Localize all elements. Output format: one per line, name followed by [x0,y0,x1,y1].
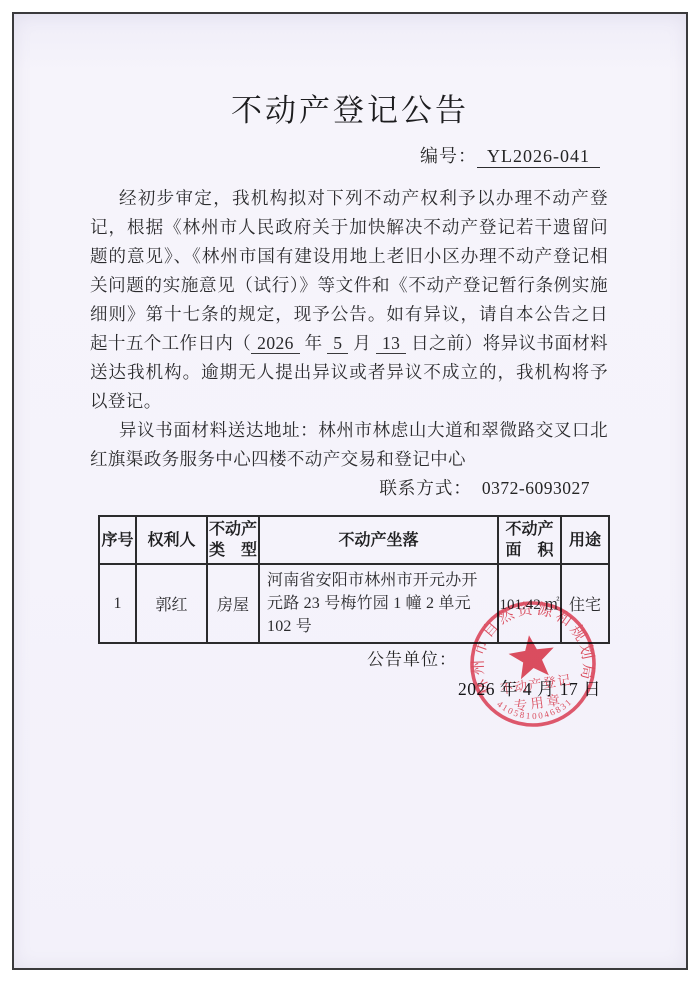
month-unit: 月 [353,333,371,353]
column-header-area: 不动产面 积 [498,516,561,564]
cell-owner: 郭红 [136,564,207,643]
year-unit: 年 [305,333,323,353]
body-paragraph-1: 经初步审定，我机构拟对下列不动产权利予以办理不动产登记，根据《林州市人民政府关于… [90,184,608,416]
official-seal-stamp: 林州市自然资源和规划局 不动产登记 专用章 4105810046831 [442,573,625,756]
body-paragraph-2: 异议书面材料送达地址：林州市林虑山大道和翠微路交叉口北红旗渠政务服务中心四楼不动… [90,416,608,474]
contact-line: 联系方式：0372-6093027 [90,474,608,503]
document-page: 不动产登记公告 编号：YL2026-041 经初步审定，我机构拟对下列不动产权利… [12,12,688,970]
paragraph-1-text: 经初步审定，我机构拟对下列不动产权利予以办理不动产登记，根据《林州市人民政府关于… [90,188,608,353]
column-header-location: 不动产坐落 [259,516,498,564]
column-header-owner: 权利人 [136,516,207,564]
seal-star-icon [506,632,557,680]
deadline-day: 13 [376,333,406,354]
doc-number-label: 编号： [420,146,477,166]
table-header-row: 序号 权利人 不动产类 型 不动产坐落 不动产面 积 用途 [99,516,609,564]
page-title: 不动产登记公告 [14,90,686,132]
column-header-usage: 用途 [561,516,609,564]
doc-number-line: 编号：YL2026-041 [14,142,600,170]
cell-seq: 1 [99,564,136,643]
doc-number-value: YL2026-041 [477,146,600,168]
announcement-body: 经初步审定，我机构拟对下列不动产权利予以办理不动产登记，根据《林州市人民政府关于… [90,184,608,474]
column-header-type: 不动产类 型 [207,516,259,564]
announcer-label: 公告单位： [367,645,457,670]
deadline-month: 5 [327,333,348,354]
column-header-seq: 序号 [99,516,136,564]
contact-label: 联系方式： [379,478,472,498]
cell-type: 房屋 [207,564,259,643]
contact-phone: 0372-6093027 [482,478,590,498]
deadline-year: 2026 [251,333,300,354]
